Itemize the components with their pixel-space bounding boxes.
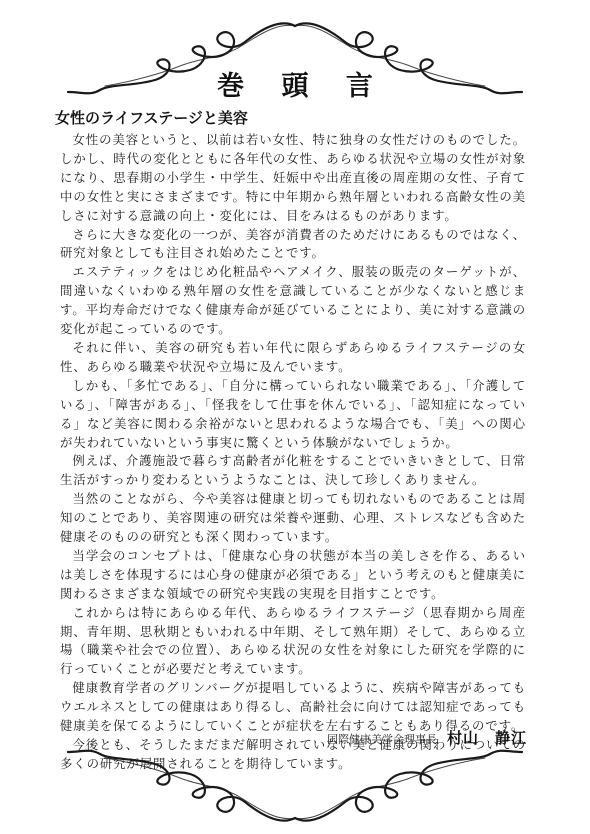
paragraph: それに伴い、美容の研究も若い年代に限らずあらゆるライフステージの女性、あらゆる職… bbox=[60, 339, 526, 377]
section-heading: 女性のライフステージと美容 bbox=[55, 107, 248, 128]
paragraph: 例えば、介護施設で暮らす高齢者が化粧をすることでいきいきとして、日常生活がすっか… bbox=[60, 452, 526, 490]
paragraph: これからは特にあらゆる年代、あらゆるライフステージ（思春期から周産期、青年期、思… bbox=[60, 604, 526, 680]
paragraph: しかも、「多忙である」、「自分に構っていられない職業である」、「介護している」、… bbox=[60, 377, 526, 453]
paragraph: エステティックをはじめ化粧品やヘアメイク、服装の販売のターゲットが、間違いなくい… bbox=[60, 263, 526, 339]
paragraph: 女性の美容というと、以前は若い女性、特に独身の女性だけのものでした。しかし、時代… bbox=[60, 131, 526, 226]
paragraph: 当学会のコンセプトは、「健康な心身の状態が本当の美しさを作る、あるいは美しさを体… bbox=[60, 547, 526, 604]
page-title: 巻 頭 言 bbox=[0, 64, 590, 103]
flourish-ornament-bottom-icon bbox=[60, 742, 530, 832]
paragraph: さらに大きな変化の一つが、美容が消費者のためだけにあるものではなく、研究対象とし… bbox=[60, 226, 526, 264]
paragraph: 当然のことながら、今や美容は健康と切っても切れないものであることは周知のことであ… bbox=[60, 490, 526, 547]
article-body: 女性の美容というと、以前は若い女性、特に独身の女性だけのものでした。しかし、時代… bbox=[60, 131, 526, 774]
